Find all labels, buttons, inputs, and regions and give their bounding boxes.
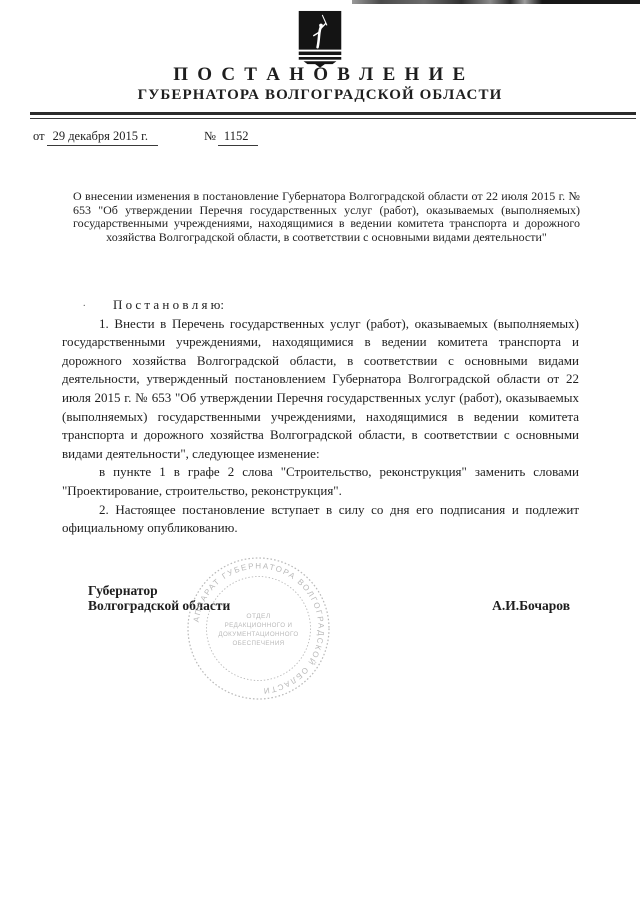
volgograd-coat-of-arms-icon <box>296 10 344 68</box>
document-subtitle: ГУБЕРНАТОРА ВОЛГОГРАДСКОЙ ОБЛАСТИ <box>0 87 640 104</box>
stamp-center-line: ОБЕСПЕЧЕНИЯ <box>232 640 284 647</box>
stamp-center-line: ОТДЕЛ <box>246 613 270 620</box>
decree-body: П о с т а н о в л я ю: 1. Внести в Переч… <box>62 296 579 538</box>
document-number: 1152 <box>218 129 259 146</box>
decree-subject: О внесении изменения в постановление Губ… <box>73 190 580 244</box>
stamp-center-line: РЕДАКЦИОННОГО И <box>225 622 293 629</box>
stamp-center-line: ДОКУМЕНТАЦИОННОГО <box>218 631 298 638</box>
official-round-stamp: АППАРАТ ГУБЕРНАТОРА ВОЛГОГРАДСКОЙ ОБЛАСТ… <box>185 555 332 702</box>
number-sign: № <box>204 129 216 143</box>
scan-edge-artifact <box>352 0 640 4</box>
signer-name: А.И.Бочаров <box>492 598 570 613</box>
resolve-heading: П о с т а н о в л я ю: <box>62 296 579 315</box>
date-value: 29 декабря 2015 г. <box>47 129 158 146</box>
date-number-line: от29 декабря 2015 г.№1152 <box>33 129 258 146</box>
document-title: П О С Т А Н О В Л Е Н И Е <box>0 64 640 86</box>
body-paragraph: в пункте 1 в графе 2 слова "Строительств… <box>62 463 579 500</box>
scanned-decree-page: П О С Т А Н О В Л Е Н И Е ГУБЕРНАТОРА ВО… <box>0 0 640 905</box>
body-paragraph: 1. Внести в Перечень государственных усл… <box>62 315 579 464</box>
date-prefix-label: от <box>33 129 45 143</box>
header-double-rule <box>30 112 636 119</box>
body-paragraph: 2. Настоящее постановление вступает в си… <box>62 501 579 538</box>
